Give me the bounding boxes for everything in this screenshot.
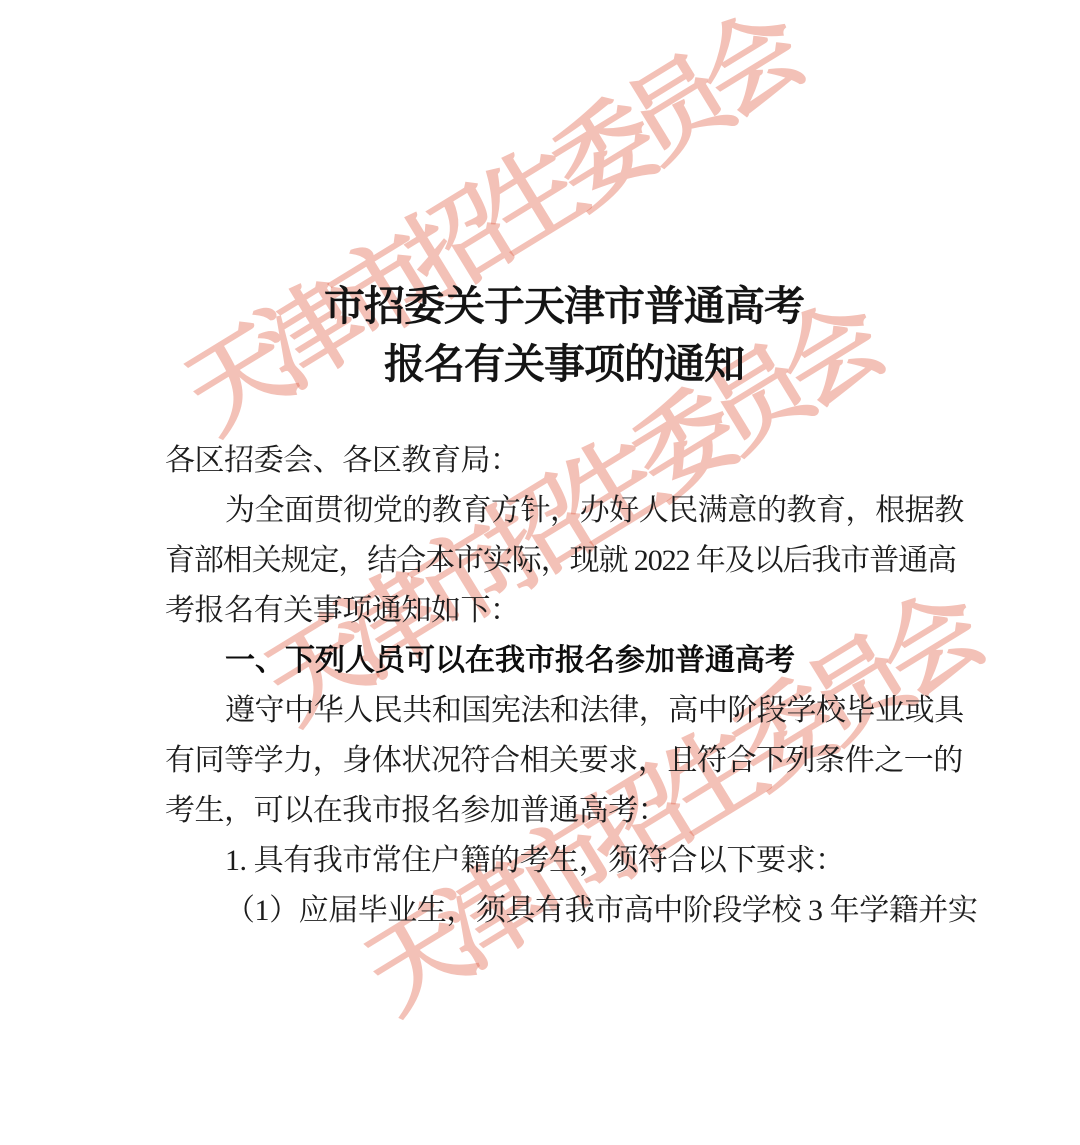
title-line-2: 报名有关事项的通知 [165, 335, 963, 393]
document-page: 天津市招生委员会 天津市招生委员会 天津市招生委员会 市招委关于天津市普通高考 … [0, 0, 1080, 1145]
paragraph-line: 有同等学力，身体状况符合相关要求，且符合下列条件之一的 [165, 736, 963, 786]
paragraph-line: 考生，可以在我市报名参加普通高考： [165, 786, 963, 836]
paragraph-line: 为全面贯彻党的教育方针，办好人民满意的教育，根据教 [165, 486, 963, 536]
list-item-line: （1）应届毕业生，须具有我市高中阶段学校 3 年学籍并实 [165, 886, 963, 936]
paragraph-line: 育部相关规定，结合本市实际，现就 2022 年及以后我市普通高 [165, 536, 963, 586]
document-body: 各区招委会、各区教育局： 为全面贯彻党的教育方针，办好人民满意的教育，根据教 育… [165, 436, 963, 936]
title-line-1: 市招委关于天津市普通高考 [165, 277, 963, 335]
paragraph-line: 遵守中华人民共和国宪法和法律，高中阶段学校毕业或具 [165, 686, 963, 736]
document-title: 市招委关于天津市普通高考 报名有关事项的通知 [165, 277, 963, 393]
salutation-line: 各区招委会、各区教育局： [165, 436, 963, 486]
paragraph-line: 考报名有关事项通知如下： [165, 586, 963, 636]
list-item-line: 1. 具有我市常住户籍的考生，须符合以下要求： [165, 836, 963, 886]
section-heading: 一、下列人员可以在我市报名参加普通高考 [165, 636, 963, 686]
